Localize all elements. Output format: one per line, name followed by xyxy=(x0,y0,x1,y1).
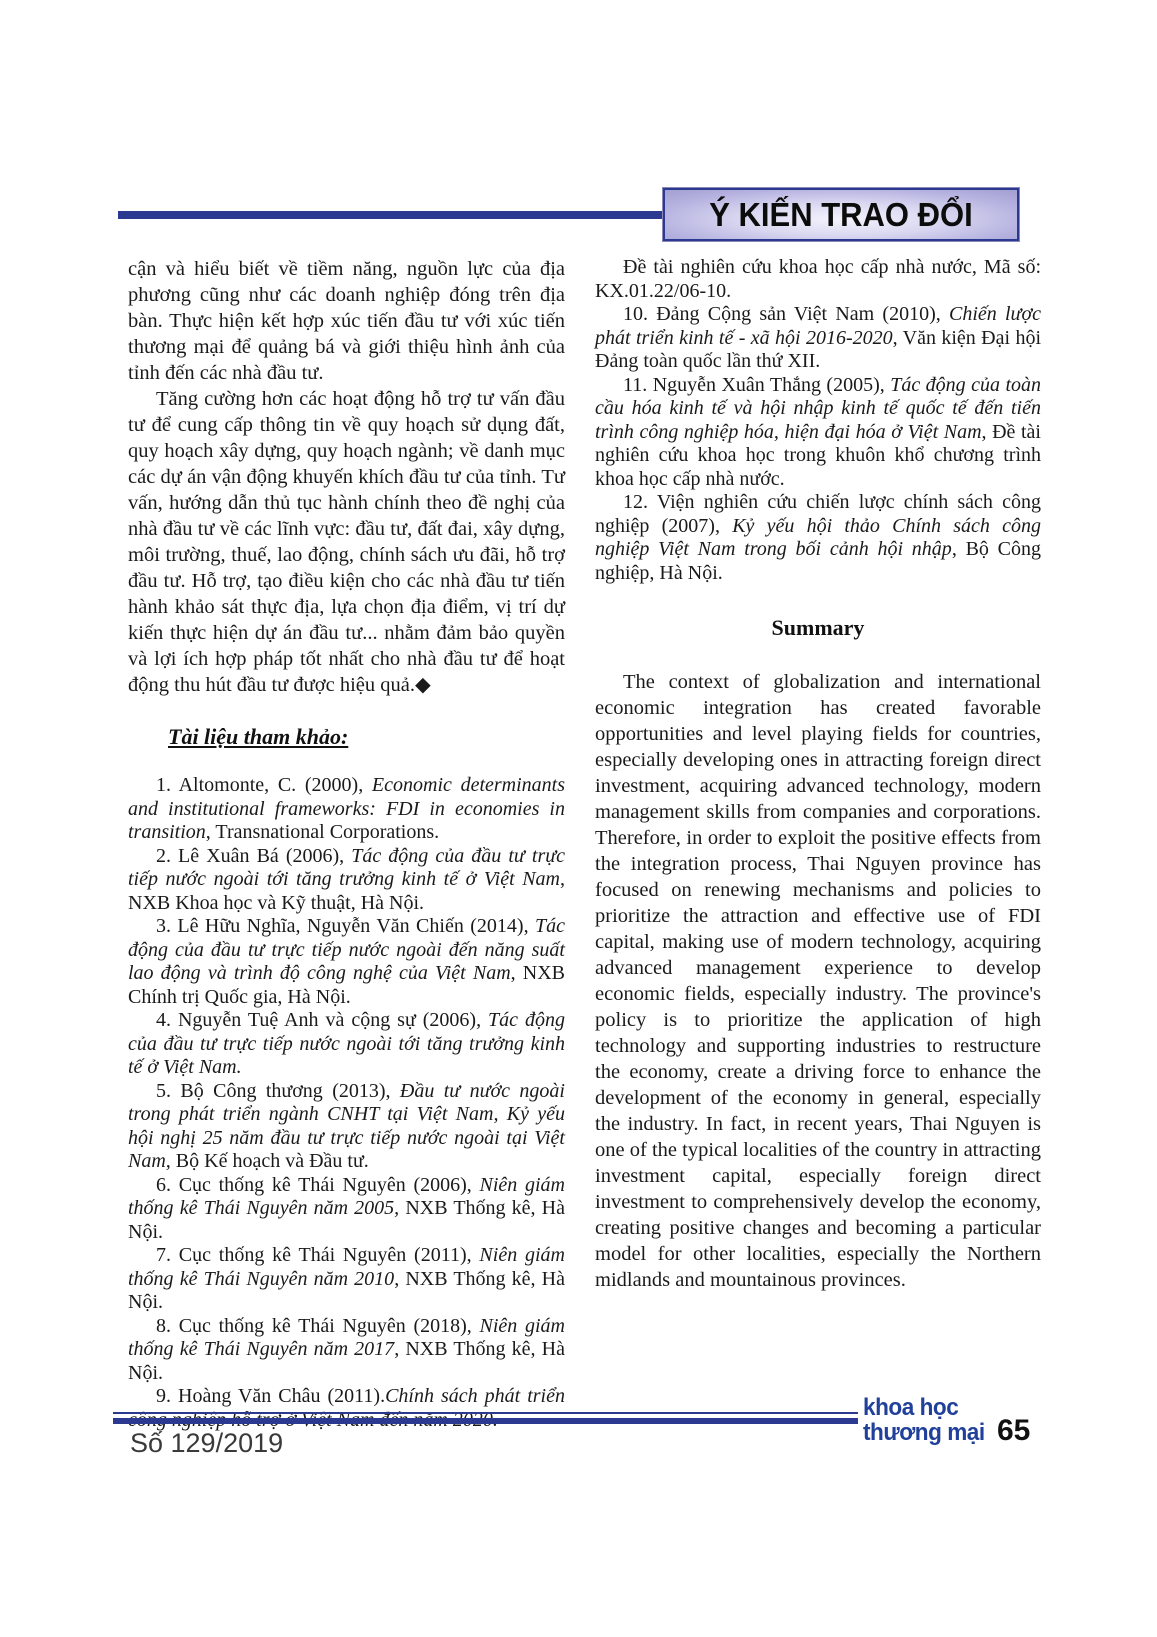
summary-paragraph: The context of globalization and interna… xyxy=(595,669,1041,1293)
reference-item: 10. Đảng Cộng sản Việt Nam (2010), Chiến… xyxy=(595,303,1041,374)
reference-item: 4. Nguyễn Tuệ Anh và cộng sự (2006), Tác… xyxy=(128,1009,565,1080)
section-banner: Ý KIẾN TRAO ĐỔI xyxy=(663,188,1019,241)
reference-item: 9. Hoàng Văn Châu (2011).Chính sách phát… xyxy=(128,1385,565,1432)
body-paragraph: Tăng cường hơn các hoạt động hỗ trợ tư v… xyxy=(128,386,565,698)
reference-item: 8. Cục thống kê Thái Nguyên (2018), Niên… xyxy=(128,1315,565,1386)
header-rule-line xyxy=(118,211,664,219)
journal-page: Ý KIẾN TRAO ĐỔI cận và hiểu biết về tiềm… xyxy=(0,0,1157,1637)
footer-rule-thick xyxy=(113,1418,858,1424)
references-list-left: 1. Altomonte, C. (2000), Economic determ… xyxy=(128,774,565,1432)
left-column: cận và hiểu biết về tiềm năng, nguồn lực… xyxy=(128,256,565,1432)
issue-label: Số 129/2019 xyxy=(130,1428,283,1459)
reference-item: 5. Bộ Công thương (2013), Đầu tư nước ng… xyxy=(128,1080,565,1174)
reference-item: 6. Cục thống kê Thái Nguyên (2006), Niên… xyxy=(128,1174,565,1245)
right-column: Đề tài nghiên cứu khoa học cấp nhà nước,… xyxy=(595,256,1041,1432)
reference-item: 2. Lê Xuân Bá (2006), Tác động của đầu t… xyxy=(128,845,565,916)
reference-item: 11. Nguyễn Xuân Thắng (2005), Tác động c… xyxy=(595,374,1041,492)
reference-item: 3. Lê Hữu Nghĩa, Nguyễn Văn Chiến (2014)… xyxy=(128,915,565,1009)
body-paragraph-continued: cận và hiểu biết về tiềm năng, nguồn lực… xyxy=(128,256,565,386)
reference-item: 1. Altomonte, C. (2000), Economic determ… xyxy=(128,774,565,845)
two-column-body: cận và hiểu biết về tiềm năng, nguồn lực… xyxy=(128,256,1041,1432)
section-banner-label: Ý KIẾN TRAO ĐỔI xyxy=(709,195,973,234)
page-number: 65 xyxy=(997,1414,1030,1448)
journal-logo: khoa học thương mại xyxy=(863,1395,985,1445)
references-list-right: 10. Đảng Cộng sản Việt Nam (2010), Chiến… xyxy=(595,303,1041,585)
summary-heading: Summary xyxy=(595,615,1041,641)
journal-logo-line2: thương mại xyxy=(863,1420,985,1445)
reference-item-continued: Đề tài nghiên cứu khoa học cấp nhà nước,… xyxy=(595,256,1041,303)
references-heading: Tài liệu tham khảo: xyxy=(168,724,565,750)
footer-rule-thin xyxy=(113,1412,858,1414)
journal-logo-line1: khoa học xyxy=(863,1395,985,1420)
reference-item: 7. Cục thống kê Thái Nguyên (2011), Niên… xyxy=(128,1244,565,1315)
reference-item: 12. Viện nghiên cứu chiến lược chính sác… xyxy=(595,491,1041,585)
